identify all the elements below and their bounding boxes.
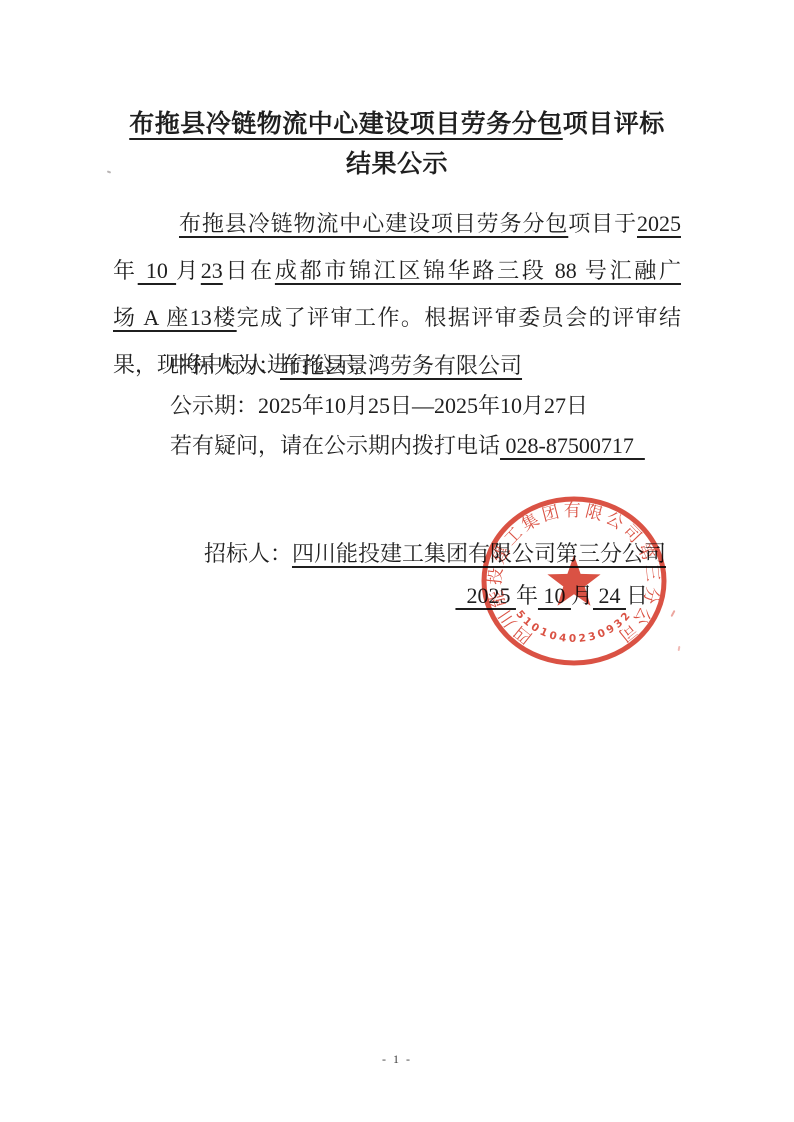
underlined-text: 23	[201, 258, 223, 283]
document-title: 布拖县冷链物流中心建设项目劳务分包项目评标 结果公示	[0, 105, 794, 185]
seal-serial-number: 5101040230932	[513, 608, 634, 645]
company-seal-stamp: 四川能投建工集团有限公司第三分公司 5101040230932	[474, 488, 674, 678]
text-run: 招标人：	[204, 541, 292, 566]
text-run: 公示期：2025年10月25日—2025年10月27日	[170, 393, 588, 418]
winner-line: 中标人为：布拖县景鸿劳务有限公司	[170, 346, 645, 386]
text-run: 项目于	[568, 211, 637, 236]
page-number: - 1 -	[0, 1052, 794, 1067]
underlined-text: 布拖县冷链物流中心建设项目劳务分包	[179, 211, 568, 236]
text-run: 项目评标	[563, 111, 665, 138]
underlined-text: 布拖县景鸿劳务有限公司	[280, 353, 522, 378]
star-icon	[547, 555, 600, 606]
text-run: 日在	[223, 258, 275, 283]
underlined-text: 028-87500717	[500, 433, 645, 458]
scan-artifact	[678, 646, 681, 651]
underlined-text: 2025	[637, 211, 681, 236]
underlined-text: 10	[138, 258, 176, 283]
detail-lines: 中标人为：布拖县景鸿劳务有限公司 公示期：2025年10月25日—2025年10…	[170, 346, 645, 466]
document-title-line2: 结果公示	[0, 145, 794, 185]
text-run: 中标人为：	[170, 353, 280, 378]
text-run: 年	[113, 258, 138, 283]
publicity-period-line: 公示期：2025年10月25日—2025年10月27日	[170, 386, 645, 426]
text-run: 月	[176, 258, 201, 283]
document-page: 布拖县冷链物流中心建设项目劳务分包项目评标 结果公示 布拖县冷链物流中心建设项目…	[0, 0, 794, 1122]
contact-phone-line: 若有疑问，请在公示期内拨打电话 028-87500717	[170, 426, 645, 466]
document-title-line1: 布拖县冷链物流中心建设项目劳务分包项目评标	[129, 111, 665, 138]
underlined-text: 布拖县冷链物流中心建设项目劳务分包	[129, 111, 563, 138]
text-run: 若有疑问，请在公示期内拨打电话	[170, 433, 500, 458]
